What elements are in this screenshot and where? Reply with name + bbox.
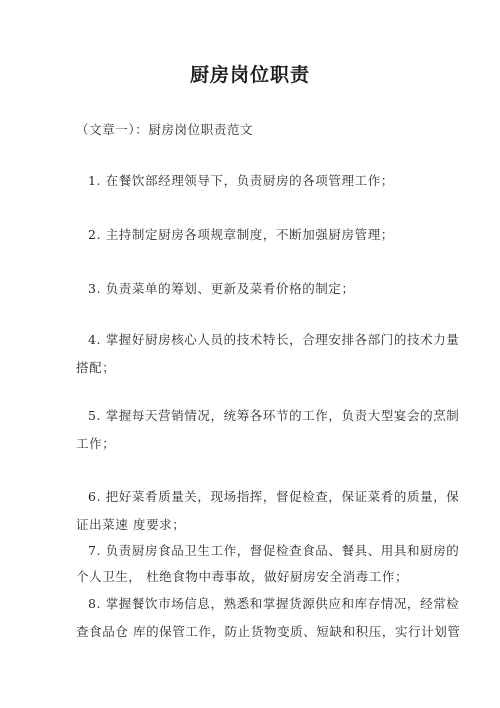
continuation-line: 查食品仓 库的保管工作，防止货物变质、短缺和积压，实行计划管 xyxy=(76,622,460,640)
numbered-item-line: 7. 负责厨房食品卫生工作，督促检查食品、餐具、用具和厨房的 xyxy=(88,541,459,559)
continuation-line: 搭配； xyxy=(76,358,115,376)
continuation-line: 工作； xyxy=(76,434,115,452)
document-subtitle: （文章一）：厨房岗位职责范文 xyxy=(76,120,253,138)
numbered-item-line: 2. 主持制定厨房各项规章制度，不断加强厨房管理； xyxy=(88,225,394,243)
document-title: 厨房岗位职责 xyxy=(0,60,500,87)
numbered-item-line: 3. 负责菜单的筹划、更新及菜肴价格的制定； xyxy=(88,279,355,297)
numbered-item-line: 1. 在餐饮部经理领导下，负责厨房的各项管理工作； xyxy=(88,171,394,189)
numbered-item-line: 6. 把好菜肴质量关，现场指挥，督促检查，保证菜肴的质量，保 xyxy=(88,487,459,505)
numbered-item-line: 8. 掌握餐饮市场信息，熟悉和掌握货源供应和库存情况，经常检 xyxy=(88,594,459,612)
numbered-item-line: 5. 掌握每天营销情况，统筹各环节的工作，负责大型宴会的烹制 xyxy=(88,406,459,424)
numbered-item-line: 4. 掌握好厨房核心人员的技术特长，合理安排各部门的技术力量 xyxy=(88,330,459,348)
continuation-line: 个人卫生， 杜绝食物中毒事故，做好厨房安全消毒工作； xyxy=(76,567,408,585)
continuation-line: 证出菜速 度要求； xyxy=(76,515,185,533)
